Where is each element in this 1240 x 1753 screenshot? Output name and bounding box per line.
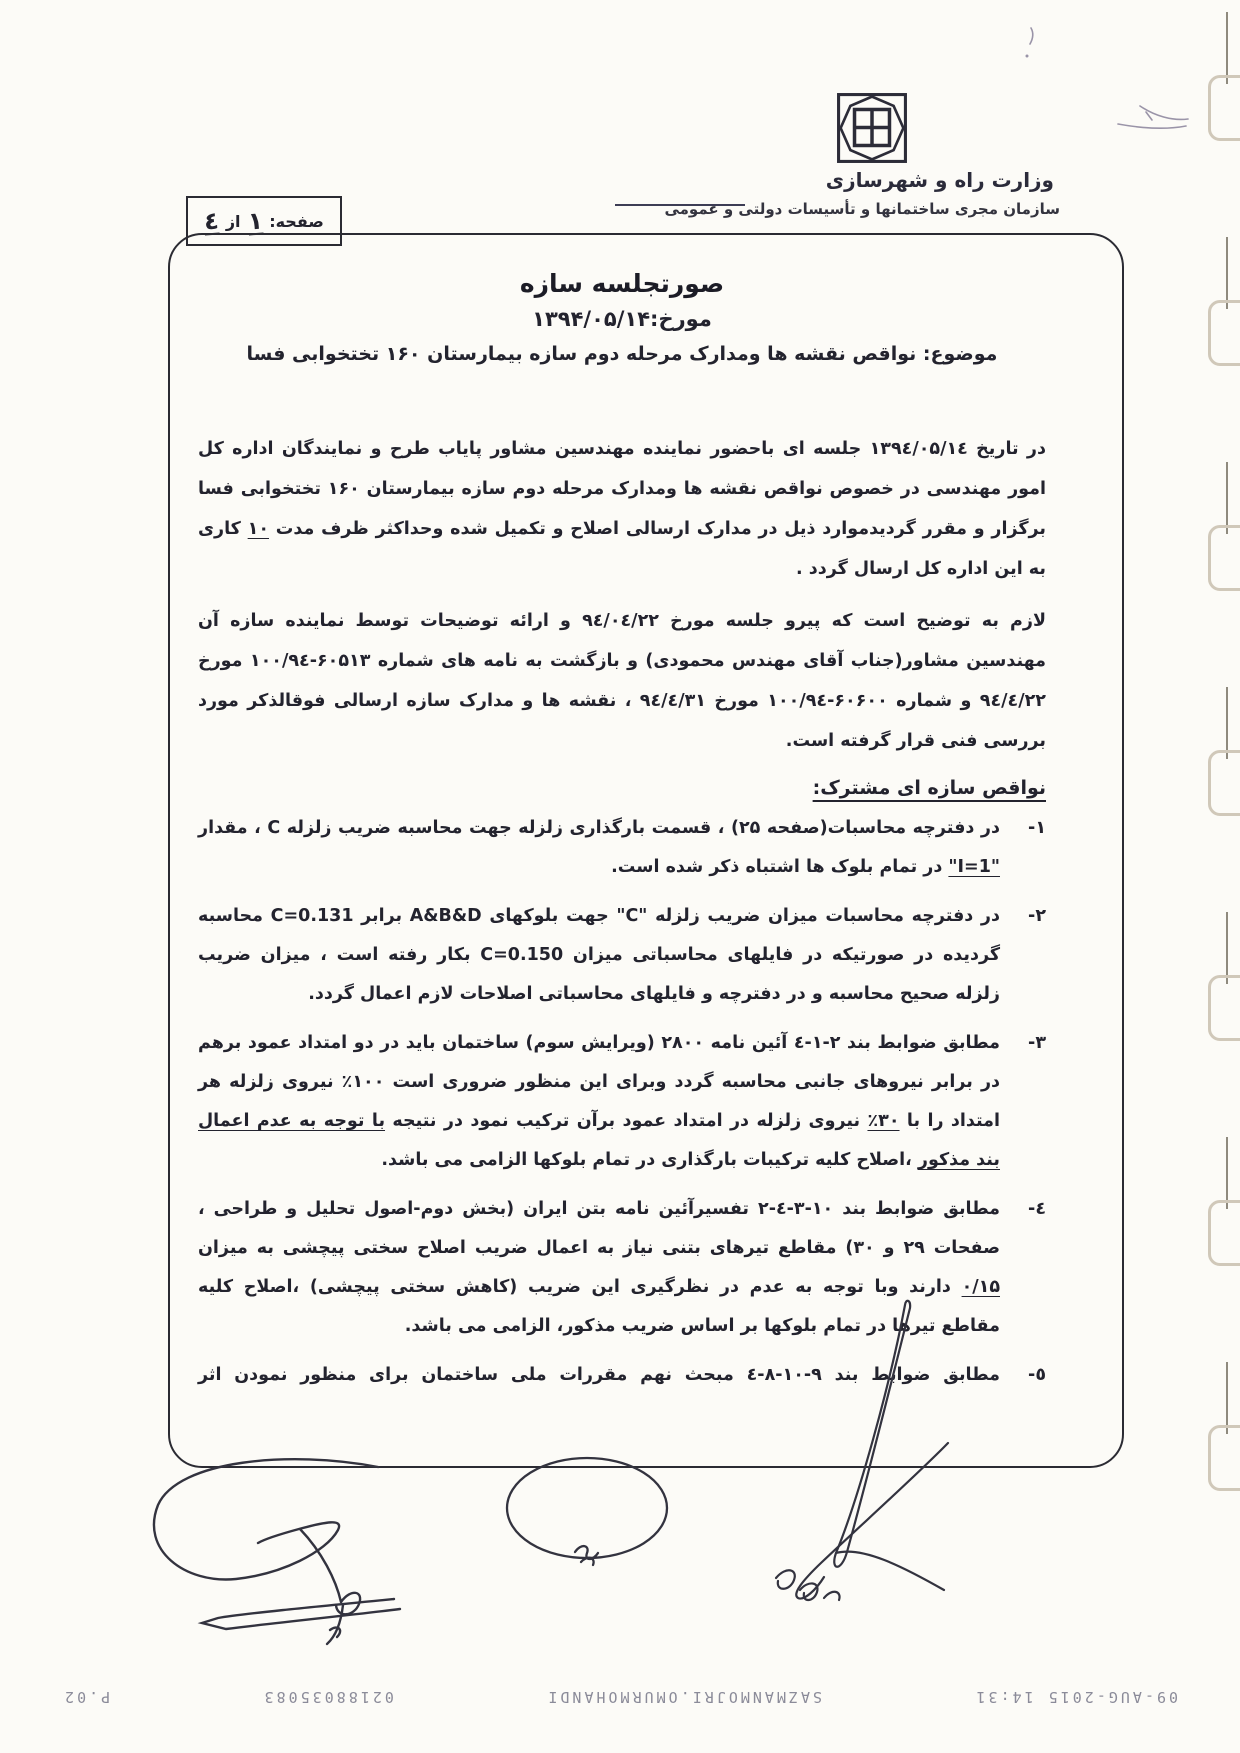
item-text: در دفترچه محاسبات(صفحه ۲۵) ، قسمت بارگذا… [198,809,1000,887]
fax-sender: SAZMANMOJRI.OMURMOHANDI [545,1688,822,1706]
ministry-emblem-icon [836,92,908,164]
binding-hole [1208,750,1240,816]
binding-hole [1208,1200,1240,1266]
binding-hole [1208,975,1240,1041]
fax-footer: 09-AUG-2015 14:31 SAZMANMOJRI.OMURMOHAND… [0,1688,1240,1706]
paragraph-intro: در تاریخ ۱۳۹٤/۰۵/۱٤ جلسه ای باحضور نماین… [198,429,1046,589]
item-number: ۳- [1000,1024,1046,1180]
fax-datetime: 09-AUG-2015 14:31 [973,1688,1178,1706]
binding-hole [1208,75,1240,141]
header-rule-artifact [615,204,745,206]
item-text: مطابق ضوابط بند ۱۰-۳-٤-۲ تفسیرآئین نامه … [198,1190,1000,1346]
paragraph-background: لازم به توضیح است که پیرو جلسه مورخ ۹٤/۰… [198,601,1046,761]
item-text: در دفترچه محاسبات میزان ضریب زلزله "C" ج… [198,897,1000,1014]
document-date: مورخ:۱۳۹۴/۰۵/۱۴ [198,307,1046,331]
list-item-3: ۳- مطابق ضوابط بند ۲-۱-٤ آئین نامه ۲۸۰۰ … [198,1024,1046,1180]
document-subject: موضوع: نواقص نقشه ها ومدارک مرحله دوم سا… [198,343,1046,365]
handwritten-stamp-oval-center [495,1448,680,1593]
item-number: ٤- [1000,1190,1046,1346]
list-item-2: ۲- در دفترچه محاسبات میزان ضریب زلزله "C… [198,897,1046,1014]
item-number: ۱- [1000,809,1046,887]
fax-number: 02188035083 [262,1688,394,1706]
fax-page-number: P.02 [62,1688,110,1706]
scanned-fax-page: { "colors": { "ink": "#23232e", "paper":… [0,0,1240,1753]
ink-speck-artifacts [1000,20,1240,340]
page-label: صفحه: [269,212,324,231]
item-text: مطابق ضوابط بند ۹-۱۰-۸-٤ مبحث نهم مقررات… [198,1356,1000,1395]
list-item-4: ٤- مطابق ضوابط بند ۱۰-۳-٤-۲ تفسیرآئین نا… [198,1190,1046,1346]
item-text: مطابق ضوابط بند ۲-۱-٤ آئین نامه ۲۸۰۰ (وی… [198,1024,1000,1180]
page-total-number: ٤ [204,211,220,232]
binding-hole [1208,1425,1240,1491]
item-number: ٥- [1000,1356,1046,1395]
document-title: صورتجلسه سازه [198,269,1046,298]
item-number: ۲- [1000,897,1046,1014]
list-item-1: ۱- در دفترچه محاسبات(صفحه ۲۵) ، قسمت بار… [198,809,1046,887]
page-current-number: ۱ [247,211,263,232]
page-of-label: از [226,212,241,231]
binding-hole [1208,300,1240,366]
binding-hole [1208,525,1240,591]
section-heading: نواقص سازه ای مشترک: [198,777,1046,799]
document-frame: صورتجلسه سازه مورخ:۱۳۹۴/۰۵/۱۴ موضوع: نوا… [168,233,1124,1468]
list-item-5: ٥- مطابق ضوابط بند ۹-۱۰-۸-٤ مبحث نهم مقر… [198,1356,1046,1395]
